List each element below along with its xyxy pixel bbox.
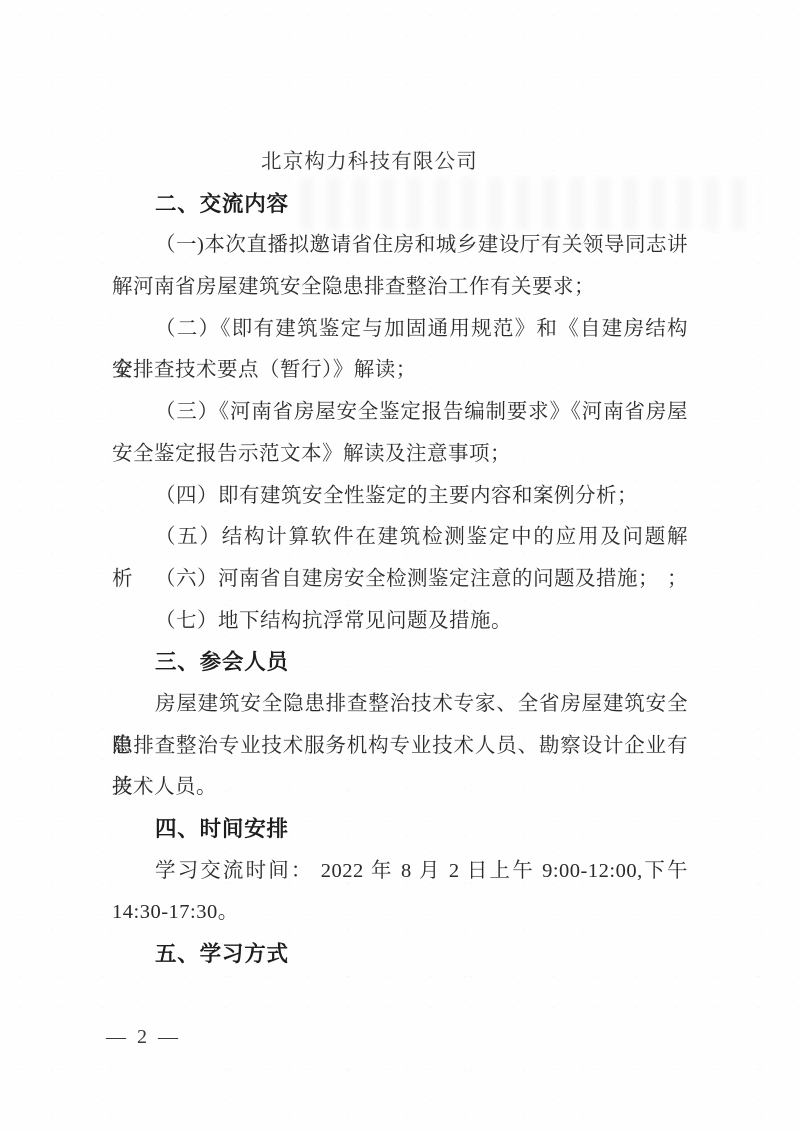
- content-line: 房屋建筑安全隐患排查整治技术专家、全省房屋建筑安全隐: [112, 684, 688, 726]
- company-name-line: 北京构力科技有限公司: [261, 142, 688, 184]
- content-line: （一)本次直播拟邀请省住房和城乡建设厅有关领导同志讲: [112, 225, 688, 267]
- content-line: （四）即有建筑安全性鉴定的主要内容和案例分析；: [112, 476, 688, 518]
- content-line: （七）地下结构抗浮常见问题及措施。: [112, 601, 688, 643]
- content-line: 14:30-17:30。: [112, 892, 688, 934]
- content-line: 安全鉴定报告示范文本》解读及注意事项；: [112, 434, 688, 476]
- content-line: 患排查整治专业技术服务机构专业技术人员、勘察设计企业有关: [112, 726, 688, 768]
- content-line: （二）《即有建筑鉴定与加固通用规范》和《自建房结构安: [112, 309, 688, 351]
- content-line: 学习交流时间： 2022 年 8 月 2 日上午 9:00-12:00,下午: [112, 851, 688, 893]
- section-5-heading: 五、学习方式: [112, 934, 688, 976]
- content-line: （五）结构计算软件在建筑检测鉴定中的应用及问题解析；: [112, 517, 688, 559]
- content-line: 技术人员。: [112, 767, 688, 809]
- page-number: — 2 —: [106, 1022, 181, 1052]
- content-line: 解河南省房屋建筑安全隐患排查整治工作有关要求；: [112, 267, 688, 309]
- scanned-document-page: 北京构力科技有限公司 二、交流内容 （一)本次直播拟邀请省住房和城乡建设厅有关领…: [0, 0, 800, 1131]
- document-body: 北京构力科技有限公司 二、交流内容 （一)本次直播拟邀请省住房和城乡建设厅有关领…: [112, 142, 688, 976]
- section-3-heading: 三、参会人员: [112, 642, 688, 684]
- content-line: 全排查技术要点（暂行）》解读；: [112, 350, 688, 392]
- content-line: （六）河南省自建房安全检测鉴定注意的问题及措施；: [112, 559, 688, 601]
- content-line: （三）《河南省房屋安全鉴定报告编制要求》《河南省房屋: [112, 392, 688, 434]
- section-2-heading: 二、交流内容: [112, 184, 688, 226]
- section-4-heading: 四、时间安排: [112, 809, 688, 851]
